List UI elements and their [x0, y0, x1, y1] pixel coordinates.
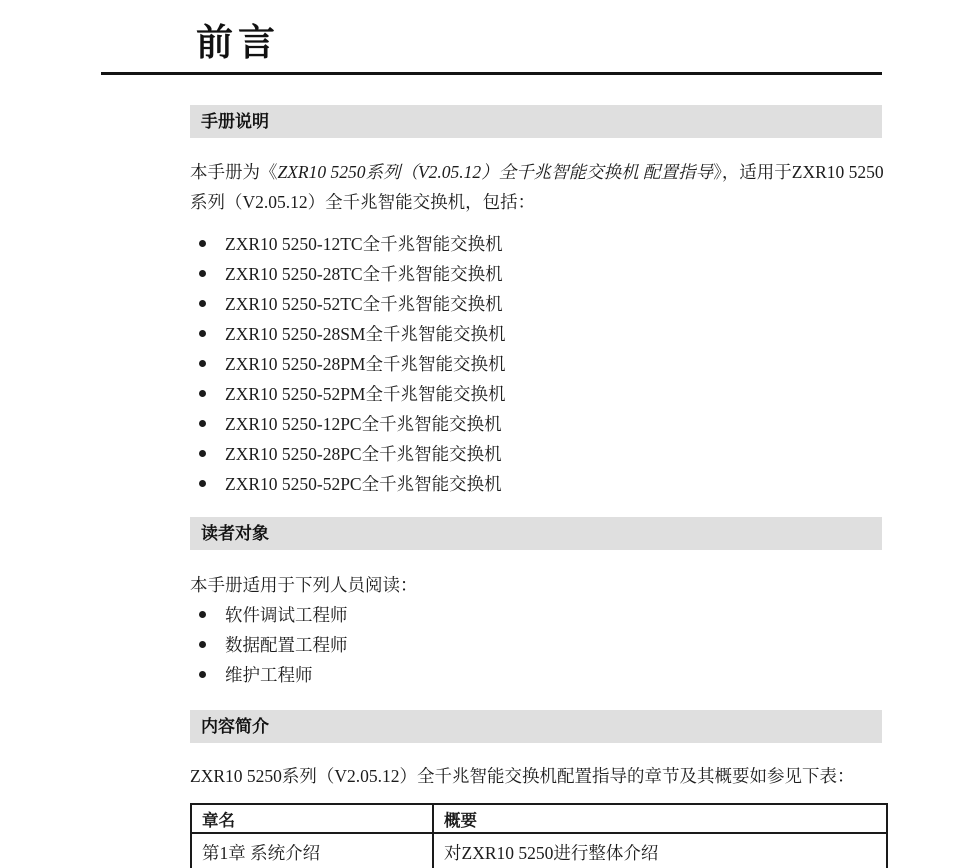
bullet-icon: [199, 330, 206, 337]
page-title: 前言: [196, 24, 280, 62]
list-item: ZXR10 5250-28PC全千兆智能交换机: [190, 438, 506, 468]
document-page: 前言 手册说明 本手册为《ZXR10 5250系列（V2.05.12）全千兆智能…: [0, 0, 962, 868]
list-item: ZXR10 5250-52TC全千兆智能交换机: [190, 288, 506, 318]
table-header-summary: 概要: [433, 804, 887, 833]
book-title-open-mark: 《: [260, 162, 278, 182]
manual-intro-paragraph: 本手册为《ZXR10 5250系列（V2.05.12）全千兆智能交换机 配置指导…: [190, 157, 884, 217]
model-label: ZXR10 5250-12TC全千兆智能交换机: [225, 231, 503, 256]
bullet-icon: [199, 360, 206, 367]
title-rule: [101, 72, 882, 75]
chapter-table-head: 章名 概要: [191, 804, 887, 833]
reader-label: 软件调试工程师: [225, 602, 348, 627]
model-label: ZXR10 5250-28PC全千兆智能交换机: [225, 441, 502, 466]
model-label: ZXR10 5250-52PM全千兆智能交换机: [225, 381, 506, 406]
table-row: 第1章 系统介绍 对ZXR10 5250进行整体介绍: [191, 833, 887, 868]
bullet-icon: [199, 390, 206, 397]
list-item: ZXR10 5250-28SM全千兆智能交换机: [190, 318, 506, 348]
section-heading-audience: 读者对象: [190, 517, 882, 550]
model-label: ZXR10 5250-28PM全千兆智能交换机: [225, 351, 506, 376]
model-label: ZXR10 5250-52PC全千兆智能交换机: [225, 471, 502, 496]
reader-label: 数据配置工程师: [225, 632, 348, 657]
bullet-icon: [199, 641, 206, 648]
model-label: ZXR10 5250-28SM全千兆智能交换机: [225, 321, 506, 346]
list-item: ZXR10 5250-12TC全千兆智能交换机: [190, 228, 506, 258]
bullet-icon: [199, 270, 206, 277]
list-item: ZXR10 5250-52PM全千兆智能交换机: [190, 378, 506, 408]
bullet-icon: [199, 480, 206, 487]
list-item: ZXR10 5250-28TC全千兆智能交换机: [190, 258, 506, 288]
table-cell-chapter: 第1章 系统介绍: [191, 833, 433, 868]
list-item: ZXR10 5250-28PM全千兆智能交换机: [190, 348, 506, 378]
content-intro-paragraph: ZXR10 5250系列（V2.05.12）全千兆智能交换机配置指导的章节及其概…: [190, 761, 884, 791]
audience-intro-paragraph: 本手册适用于下列人员阅读：: [190, 570, 884, 600]
list-item: 数据配置工程师: [190, 629, 348, 659]
bullet-icon: [199, 450, 206, 457]
bullet-icon: [199, 300, 206, 307]
reader-label: 维护工程师: [225, 662, 313, 687]
table-cell-summary: 对ZXR10 5250进行整体介绍: [433, 833, 887, 868]
manual-intro-prefix: 本手册为: [190, 162, 260, 182]
bullet-icon: [199, 420, 206, 427]
table-header-chapter: 章名: [191, 804, 433, 833]
reader-list: 软件调试工程师 数据配置工程师 维护工程师: [190, 599, 348, 689]
model-label: ZXR10 5250-52TC全千兆智能交换机: [225, 291, 503, 316]
model-label: ZXR10 5250-12PC全千兆智能交换机: [225, 411, 502, 436]
chapter-table: 章名 概要 第1章 系统介绍 对ZXR10 5250进行整体介绍: [190, 803, 888, 868]
list-item: 维护工程师: [190, 659, 348, 689]
list-item: ZXR10 5250-52PC全千兆智能交换机: [190, 468, 506, 498]
section-heading-manual: 手册说明: [190, 105, 882, 138]
chapter-table-body: 第1章 系统介绍 对ZXR10 5250进行整体介绍: [191, 833, 887, 868]
book-title: ZXR10 5250系列（V2.05.12）全千兆智能交换机 配置指导: [278, 162, 714, 182]
bullet-icon: [199, 671, 206, 678]
list-item: ZXR10 5250-12PC全千兆智能交换机: [190, 408, 506, 438]
bullet-icon: [199, 240, 206, 247]
switch-model-list: ZXR10 5250-12TC全千兆智能交换机 ZXR10 5250-28TC全…: [190, 228, 506, 498]
model-label: ZXR10 5250-28TC全千兆智能交换机: [225, 261, 503, 286]
bullet-icon: [199, 611, 206, 618]
section-heading-content: 内容简介: [190, 710, 882, 743]
table-header-row: 章名 概要: [191, 804, 887, 833]
book-title-close-mark: 》: [713, 162, 722, 182]
list-item: 软件调试工程师: [190, 599, 348, 629]
